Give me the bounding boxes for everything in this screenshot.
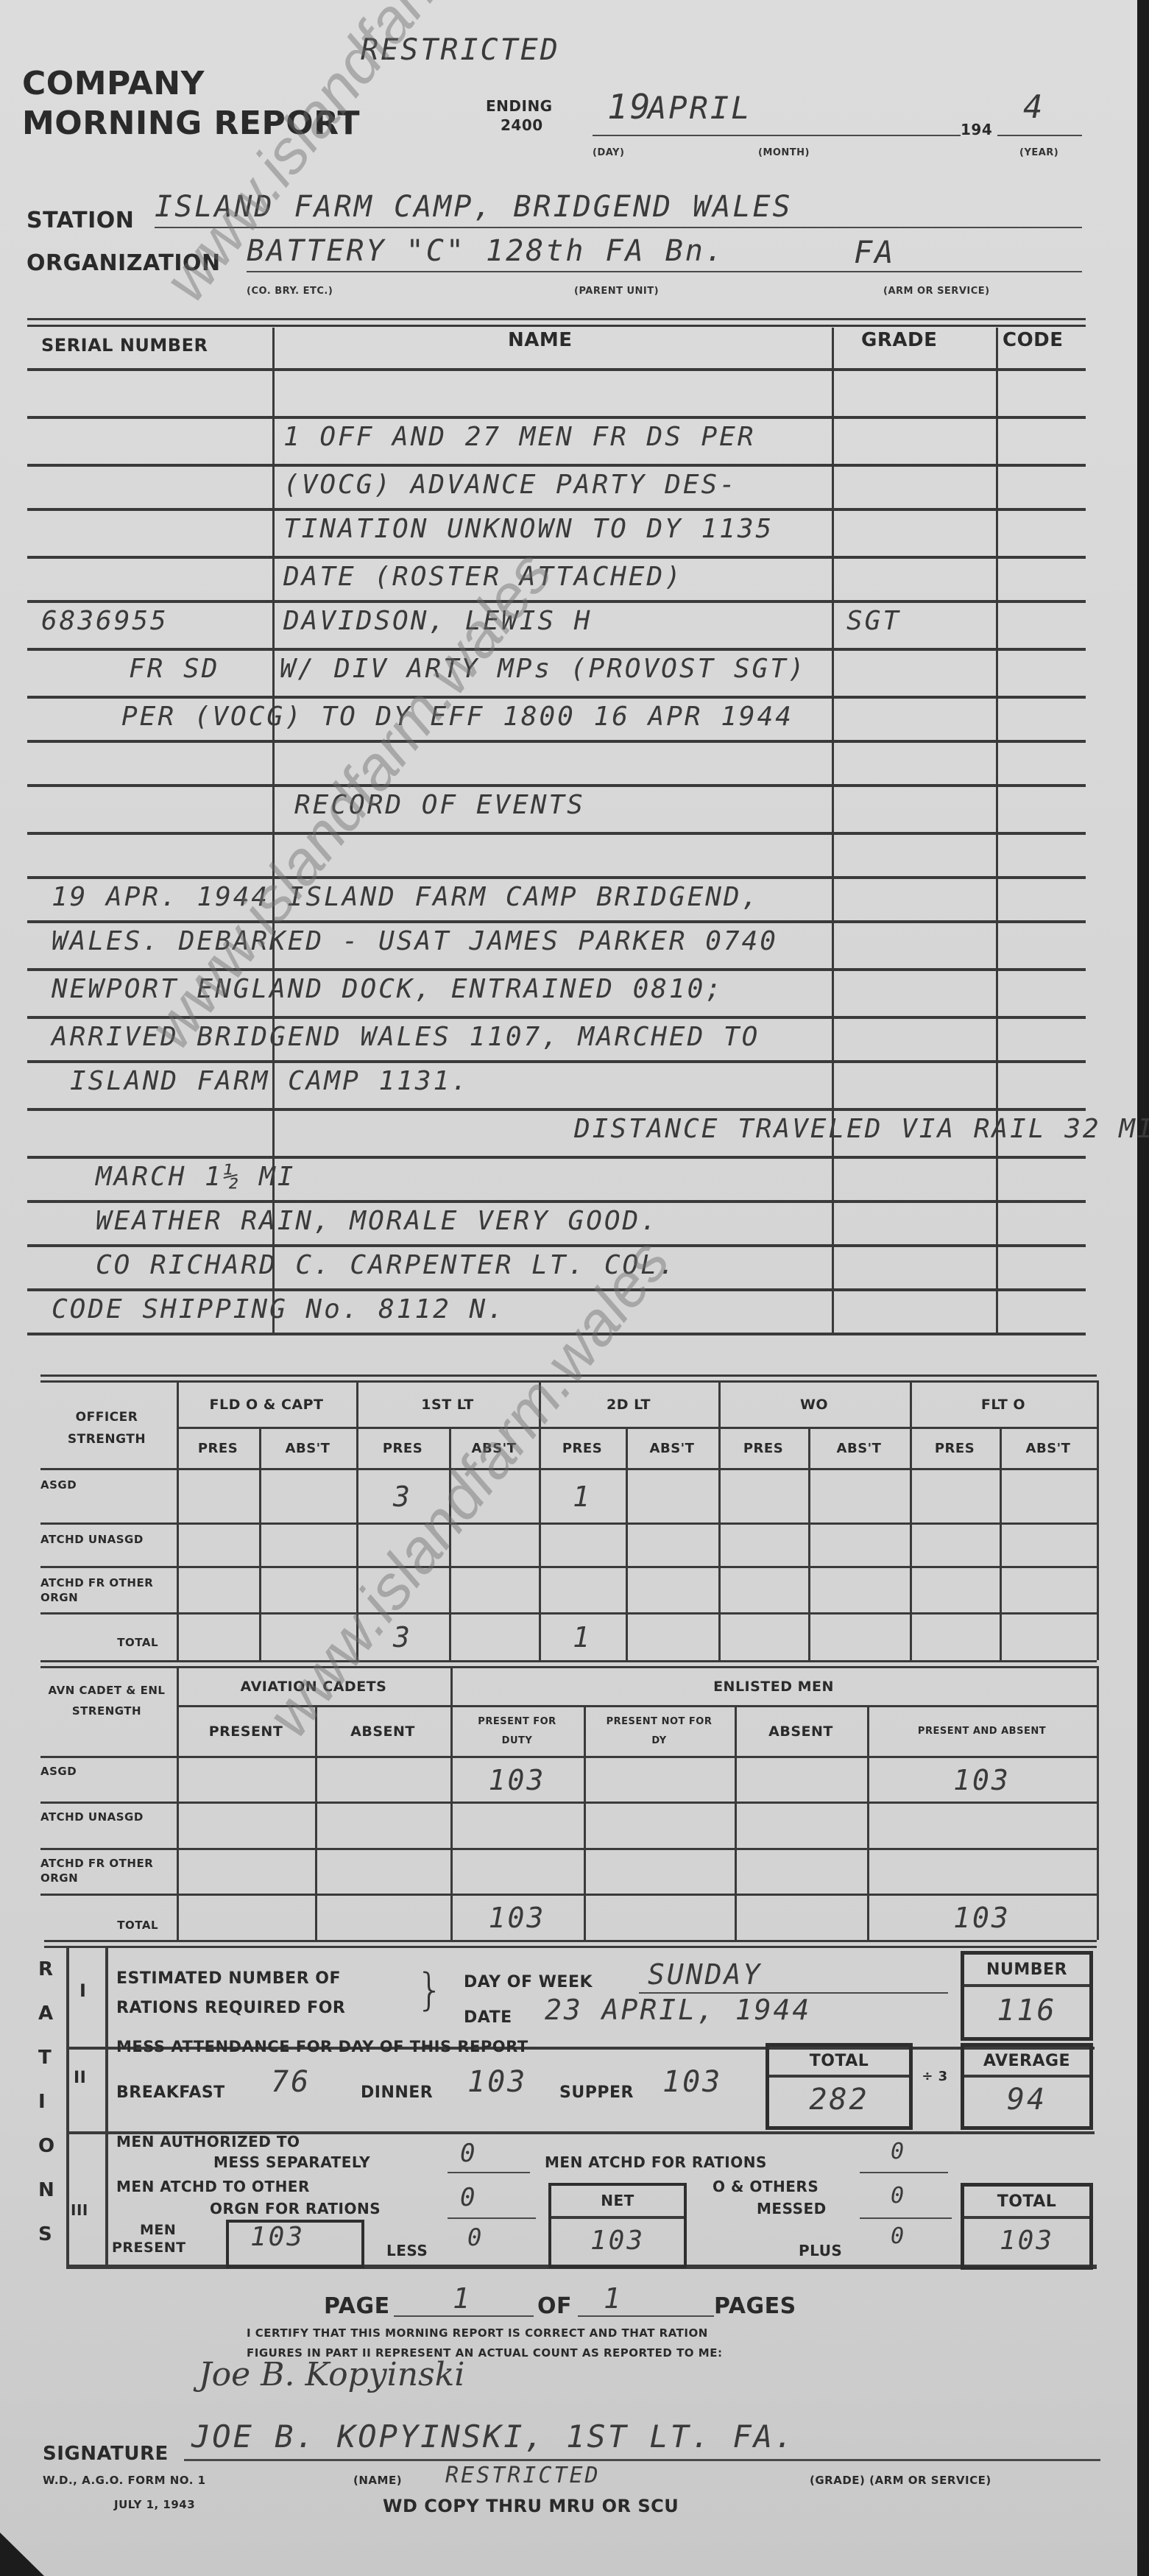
scan-border-right [1137,0,1149,2576]
enlisted-cell [315,1896,450,1940]
roster-serial: FR SD [129,654,219,684]
net-value: 103 [551,2219,684,2262]
officer-cell [1000,1615,1097,1660]
enlisted-col-header: PRESENT FOR DUTY [450,1707,584,1756]
others-label-2: MESSED [757,2200,827,2217]
less-label: LESS [386,2242,428,2259]
atchd-rations-label: MEN ATCHD FOR RATIONS [545,2153,767,2171]
officer-cell [910,1470,1000,1522]
enlisted-cell [177,1758,315,1802]
certify-line-1: I CERTIFY THAT THIS MORNING REPORT IS CO… [247,2326,708,2340]
rations-side-letter: A [38,2002,54,2025]
breakfast-value: 76 [271,2065,311,2099]
enlisted-cell [735,1758,867,1802]
officer-cell [539,1525,626,1566]
ending-time: 2400 [501,116,543,134]
roster-line: TINATION UNKNOWN TO DY 1135 [283,514,774,544]
rations-side-letter: O [38,2135,55,2157]
enlisted-cell: 103 [867,1758,1097,1802]
rations-side-letter: N [38,2179,54,2201]
mess-total-label: TOTAL [769,2047,909,2075]
signature-label: SIGNATURE [43,2443,169,2465]
auth-label-2: MESS SEPARATELY [213,2153,370,2171]
officer-cell [449,1568,539,1612]
others-label-1: O & OTHERS [713,2178,819,2195]
officer-row-label: TOTAL [40,1635,158,1650]
enlisted-cell [584,1758,735,1802]
officer-cell [1000,1470,1097,1522]
roster-line: DISTANCE TRAVELED VIA RAIL 32 MI [574,1114,1149,1144]
atchd-other-label-2: ORGN FOR RATIONS [210,2200,381,2217]
average-label: AVERAGE [964,2047,1089,2075]
enlisted-col-header: PRESENT NOT FOR DY [584,1707,735,1756]
enlisted-row-label: ASGD [40,1764,173,1779]
men-present-label-2: PRESENT [112,2240,186,2256]
station-label: STATION [26,208,134,233]
atchd-other-label-1: MEN ATCHD TO OTHER [116,2178,310,2195]
enlisted-row-label: ATCHD UNASGD [40,1810,173,1824]
enlisted-cell [177,1850,315,1894]
col-grade: GRADE [861,329,937,351]
supper-value: 103 [662,2065,722,2099]
officer-cell [718,1470,808,1522]
enlisted-cell: 103 [450,1896,584,1940]
roster-line: WALES. DEBARKED - USAT JAMES PARKER 0740 [52,926,778,956]
enlisted-cell [177,1804,315,1848]
enlisted-cell: 103 [450,1758,584,1802]
officer-cell [1000,1525,1097,1566]
col-name: NAME [508,329,573,351]
enlisted-row-label: TOTAL [40,1918,158,1933]
officer-row-label: ATCHD FR OTHER ORGN [40,1575,173,1605]
roster-line: WEATHER RAIN, MORALE VERY GOOD. [96,1206,659,1236]
ration-date-value: 23 APRIL, 1944 [545,1994,811,2026]
officer-cell [626,1470,718,1522]
month-caption: (MONTH) [758,147,810,158]
abst-header: ABS'T [1000,1429,1097,1467]
date-label: DATE [464,2008,512,2027]
day-caption: (DAY) [593,147,624,158]
atchd-other-value: 0 [460,2183,477,2212]
enlisted-cell [450,1804,584,1848]
officer-cell: 1 [539,1470,626,1522]
divide-by-three: ÷ 3 [920,2069,950,2084]
roster-grade: SGT [846,606,901,636]
enlisted-cell [867,1850,1097,1894]
officer-cell [626,1525,718,1566]
auth-label-1: MEN AUTHORIZED TO [116,2133,300,2150]
rations-side-letter: S [38,2223,52,2245]
officer-cell [910,1525,1000,1566]
ending-label: ENDING [486,97,553,115]
pres-header: PRES [356,1429,449,1467]
enlisted-cell [584,1804,735,1848]
enlisted-row-label: ATCHD FR OTHER ORGN [40,1856,173,1885]
breakfast-label: BREAKFAST [116,2083,225,2102]
officer-cell [808,1525,910,1566]
abst-header: ABS'T [626,1429,718,1467]
officer-cell [259,1470,356,1522]
organization-value: BATTERY "C" 128th FA Bn. [247,234,725,268]
officer-cell [910,1615,1000,1660]
enlisted-col-header: ABSENT [735,1707,867,1756]
report-month: APRIL [648,90,752,126]
roster-line: CODE SHIPPING No. 8112 N. [52,1294,506,1324]
part1-label-2: RATIONS REQUIRED FOR [116,1999,345,2017]
enlisted-strength-label: AVN CADET & ENL STRENGTH [44,1680,169,1721]
men-present-value: 103 [250,2222,305,2252]
officer-cell [449,1615,539,1660]
roster-line: 1 OFF AND 27 MEN FR DS PER [283,422,756,452]
mess-total-value: 282 [769,2078,909,2122]
officer-strength-label: OFFICER STRENGTH [52,1406,162,1450]
roster-line: W/ DIV ARTY MPs (PROVOST SGT) [280,654,807,684]
rations-side-letter: R [38,1958,54,1980]
enlisted-cell: 103 [867,1896,1097,1940]
ration-total-label: TOTAL [964,2187,1089,2216]
form-number: W.D., A.G.O. FORM NO. 1 [43,2474,206,2487]
enlisted-cell [315,1804,450,1848]
enlisted-col-header: PRESENT AND ABSENT [867,1707,1097,1756]
enlisted-cell [315,1758,450,1802]
officer-cell [910,1568,1000,1612]
officer-row-label: ASGD [40,1478,173,1492]
abst-header: ABS'T [259,1429,356,1467]
officer-cell [177,1525,259,1566]
rations-side-letter: I [38,2091,46,2113]
enlisted-cell [584,1896,735,1940]
officer-cell [808,1470,910,1522]
grade-caption: (GRADE) (ARM OR SERVICE) [810,2474,991,2487]
dinner-value: 103 [467,2065,527,2099]
roster-serial: 6836955 [41,606,169,636]
enlisted-men-header: ENLISTED MEN [450,1668,1097,1705]
officer-cell [718,1525,808,1566]
officer-cell [718,1568,808,1612]
pres-header: PRES [718,1429,808,1467]
roster-line: 19 APR. 1944 ISLAND FARM CAMP BRIDGEND, [52,882,760,912]
dinner-label: DINNER [361,2083,433,2102]
others-value: 0 [891,2183,906,2209]
report-year: 4 [1023,88,1045,126]
org-caption-co: (CO. BRY. ETC.) [247,286,333,297]
officer-cell [808,1615,910,1660]
enlisted-cell [735,1850,867,1894]
plus-label: PLUS [799,2242,842,2259]
officer-cell [177,1615,259,1660]
auth-value: 0 [460,2139,477,2168]
report-day: 19 [607,87,652,127]
officer-cell [177,1568,259,1612]
part3-numeral: III [71,2201,88,2219]
officer-cell [718,1615,808,1660]
enlisted-cell [735,1896,867,1940]
officer-cell [626,1615,718,1660]
org-caption-service: (ARM OR SERVICE) [883,286,990,297]
officer-cell: 1 [539,1615,626,1660]
enlisted-cell [177,1896,315,1940]
page-label: PAGE [324,2293,390,2319]
roster-line: MARCH 1½ MI [96,1162,295,1192]
ration-total-value: 103 [964,2219,1089,2262]
men-present-label-1: MEN [140,2222,176,2238]
atchd-rations-value: 0 [891,2139,906,2164]
enlisted-cell [315,1850,450,1894]
enlisted-cell [867,1804,1097,1848]
signature-printed: JOE B. KOPYINSKI, 1ST LT. FA. [191,2418,795,2455]
part2-numeral: II [74,2069,86,2087]
officer-cell [808,1568,910,1612]
enlisted-cell [735,1804,867,1848]
part2-title: MESS ATTENDANCE FOR DAY OF THIS REPORT [116,2038,528,2055]
officer-group-header: WO [718,1384,910,1425]
net-label: NET [551,2186,684,2215]
org-caption-parent: (PARENT UNIT) [574,286,659,297]
enlisted-cell [584,1850,735,1894]
plus-value: 0 [891,2223,906,2249]
enlisted-cell [450,1850,584,1894]
officer-row-label: ATCHD UNASGD [40,1532,173,1547]
officer-cell [1000,1568,1097,1612]
pages-label: PAGES [714,2293,796,2319]
officer-cell [259,1525,356,1566]
dow-value: SUNDAY [648,1958,762,1991]
average-value: 94 [964,2078,1089,2122]
dow-label: DAY OF WEEK [464,1973,593,1991]
part1-label-1: ESTIMATED NUMBER OF [116,1969,341,1988]
officer-group-header: FLD O & CAPT [177,1384,356,1425]
roster-line: (VOCG) ADVANCE PARTY DES- [283,470,738,500]
col-serial-number: SERIAL NUMBER [41,335,208,356]
roster-line: ISLAND FARM CAMP 1131. [70,1066,470,1096]
number-value: 116 [964,1988,1089,2033]
signature-script: Joe B. Kopyinski [199,2356,464,2393]
supper-label: SUPPER [559,2083,634,2102]
brace: } [416,1964,444,2016]
classification-bottom: RESTRICTED [445,2463,601,2488]
organization-service: FA [854,234,896,270]
copy-note: WD COPY THRU MRU OR SCU [383,2496,679,2516]
year-prefix: 194 [961,121,992,138]
col-code: CODE [1003,329,1064,351]
page-number: 1 [453,2282,472,2315]
year-caption: (YEAR) [1019,147,1058,158]
pres-header: PRES [910,1429,1000,1467]
form-date: JULY 1, 1943 [114,2498,195,2511]
abst-header: ABS'T [808,1429,910,1467]
rations-side-letter: T [38,2047,52,2069]
part1-numeral: I [79,1980,86,2001]
name-caption: (NAME) [353,2474,402,2487]
officer-group-header: FLT O [910,1384,1097,1425]
number-label: NUMBER [964,1955,1089,1984]
pres-header: PRES [177,1429,259,1467]
officer-cell [539,1568,626,1612]
officer-cell [626,1568,718,1612]
officer-cell [177,1470,259,1522]
page-count: 1 [604,2282,623,2315]
less-value: 0 [467,2223,484,2251]
of-label: OF [537,2293,572,2319]
form-title-line1: COMPANY [22,65,205,103]
